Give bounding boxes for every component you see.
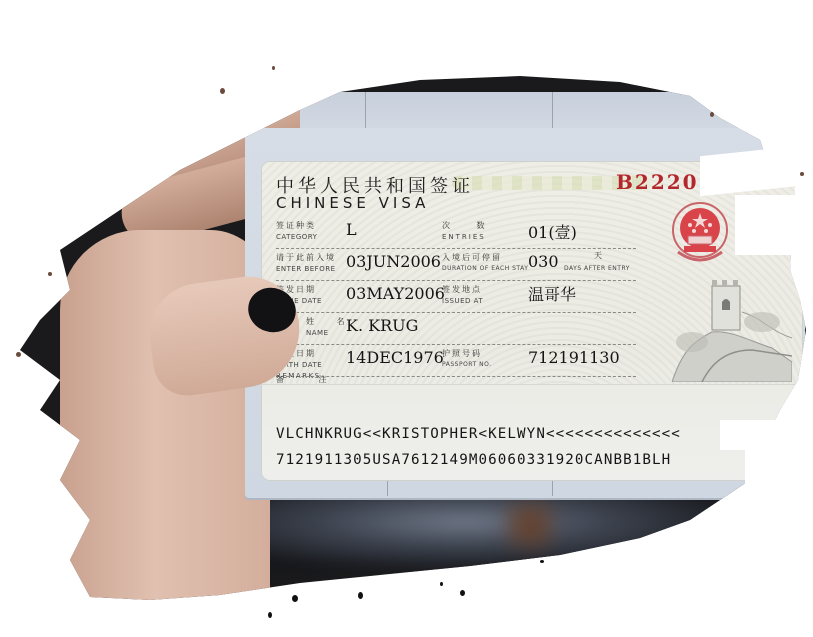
ink-dot xyxy=(268,612,272,618)
row-name: 姓 名 NAME K. KRUG xyxy=(276,312,636,345)
enter-before-value: 03JUN2006 xyxy=(346,252,441,271)
passport-no-value: 712191130 xyxy=(528,348,620,367)
category-label-en: CATEGORY xyxy=(276,233,317,241)
duration-label-en: DURATION OF EACH STAY xyxy=(442,265,528,272)
name-value: K. KRUG xyxy=(346,316,418,335)
page-line xyxy=(387,480,388,496)
ink-dot xyxy=(220,88,225,94)
brush-splatter xyxy=(0,180,60,186)
duration-unit-cn: 天 xyxy=(594,250,604,261)
entries-label-en: ENTRIES xyxy=(442,233,486,241)
row-category: 签证种类 CATEGORY L 次 数 ENTRIES 01(壹) xyxy=(276,216,636,249)
national-emblem-icon xyxy=(668,202,732,268)
enter-before-label-cn: 请于此前入境 xyxy=(276,252,336,263)
category-label-cn: 签证种类 xyxy=(276,220,316,231)
visa-number: B2220 xyxy=(616,170,699,194)
great-wall-illustration xyxy=(672,272,792,382)
scene: 中华人民共和国签证 CHINESE VISA B2220 签证种类 CATEGO… xyxy=(0,0,813,637)
duration-label-cn: 入境后可停留 xyxy=(442,252,502,263)
brush-splatter xyxy=(0,260,40,265)
ink-dot xyxy=(800,172,804,176)
duration-value: 030 xyxy=(528,252,559,271)
issued-at-value: 温哥华 xyxy=(528,282,576,305)
mrz-line-2: 7121911305USA7612149M06060331920CANBB1BL… xyxy=(276,452,671,468)
issued-at-label-en: ISSUED AT xyxy=(442,297,483,305)
issue-date-value: 03MAY2006 xyxy=(346,284,445,303)
brush-splatter xyxy=(735,195,813,255)
category-value: L xyxy=(346,220,357,239)
ink-dot xyxy=(358,592,363,599)
passport-no-label-cn: 护照号码 xyxy=(442,348,482,359)
brush-splatter xyxy=(745,440,813,490)
row-issue-date: 签发日期 ISSUE DATE 03MAY2006 签发地点 ISSUED AT… xyxy=(276,280,636,313)
ink-dot xyxy=(710,112,714,117)
page-line xyxy=(552,92,553,132)
ink-dot xyxy=(460,590,465,596)
ink-dot xyxy=(16,352,21,357)
issued-at-label-cn: 签发地点 xyxy=(442,284,482,295)
ink-dot xyxy=(440,582,443,586)
passport-opposite-page xyxy=(300,92,760,133)
passport-no-label-en: PASSPORT NO. xyxy=(442,361,491,368)
ink-dot xyxy=(272,66,275,70)
remarks-label-en: REMARKS xyxy=(276,372,321,380)
visa-title-english: CHINESE VISA xyxy=(276,194,429,212)
name-label-en: NAME xyxy=(306,329,329,337)
photo-region: 中华人民共和国签证 CHINESE VISA B2220 签证种类 CATEGO… xyxy=(0,0,813,637)
ink-dot xyxy=(292,595,298,602)
row-enter-before: 请于此前入境 ENTER BEFORE 03JUN2006 入境后可停留 DUR… xyxy=(276,248,636,281)
page-line xyxy=(552,480,553,496)
enter-before-label-en: ENTER BEFORE xyxy=(276,265,336,273)
mrz-line-1: VLCHNKRUG<<KRISTOPHER<KELWYN<<<<<<<<<<<<… xyxy=(276,426,681,442)
ink-dot xyxy=(48,272,52,276)
page-line xyxy=(365,92,366,132)
ink-dot xyxy=(540,560,544,563)
row-birth-date: 出生日期 BIRTH DATE 14DEC1976 护照号码 PASSPORT … xyxy=(276,344,636,377)
birth-date-value: 14DEC1976 xyxy=(346,348,444,367)
blurred-background xyxy=(230,490,750,570)
row-remarks: 备 注 xyxy=(276,376,636,408)
duration-unit-en: DAYS AFTER ENTRY xyxy=(564,265,630,272)
entries-label-cn: 次 数 xyxy=(442,220,497,231)
blurred-background-accent xyxy=(510,505,550,545)
entries-value: 01(壹) xyxy=(528,220,577,243)
